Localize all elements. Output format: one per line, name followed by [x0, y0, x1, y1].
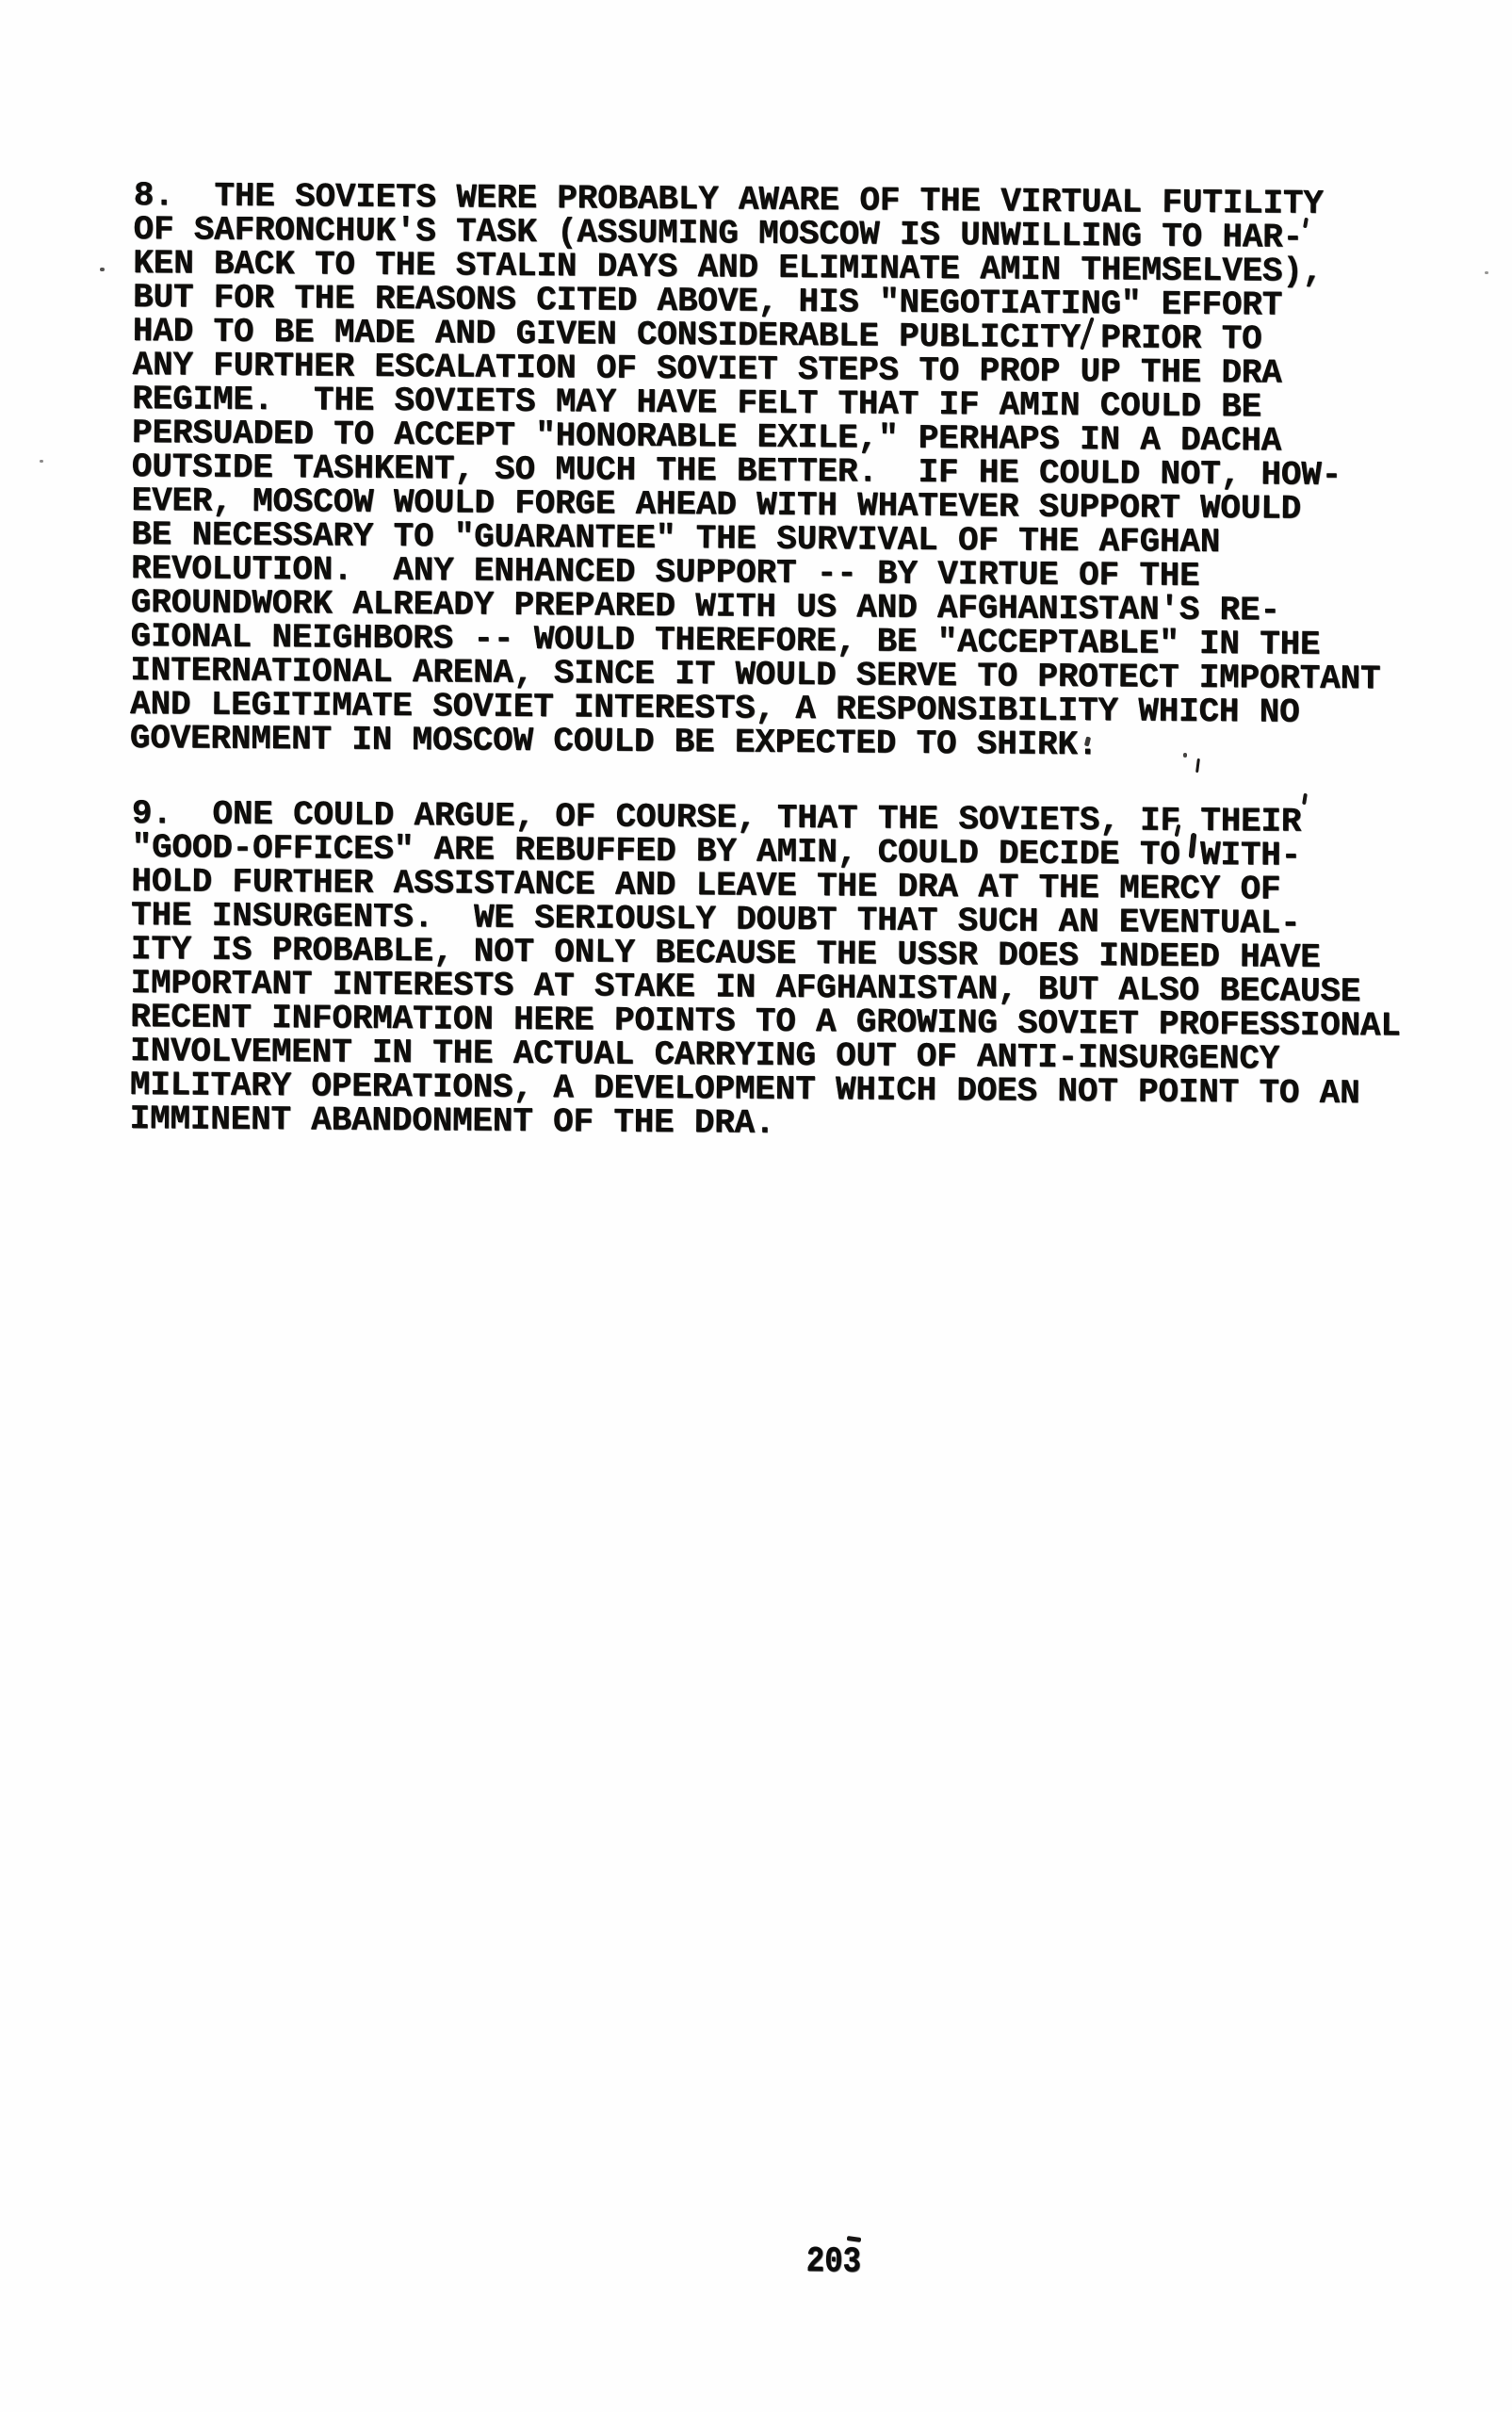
document-page: 8. THE SOVIETS WERE PROBABLY AWARE OF TH… — [0, 0, 1512, 2412]
scan-artifact-speck — [1485, 271, 1488, 274]
paragraph-9: 9. ONE COULD ARGUE, OF COURSE, THAT THE … — [129, 797, 1402, 1145]
scan-artifact-speck — [1183, 753, 1187, 758]
scan-artifact-speck — [40, 460, 43, 463]
page-number: 203 — [806, 2244, 861, 2281]
scan-artifact-speck — [100, 268, 105, 271]
scan-artifact-dash — [1195, 758, 1200, 773]
scan-artifact-apostrophe — [1302, 793, 1308, 805]
scan-artifact-overbar — [847, 2236, 862, 2242]
paragraph-8: 8. THE SOVIETS WERE PROBABLY AWARE OF TH… — [130, 179, 1384, 764]
